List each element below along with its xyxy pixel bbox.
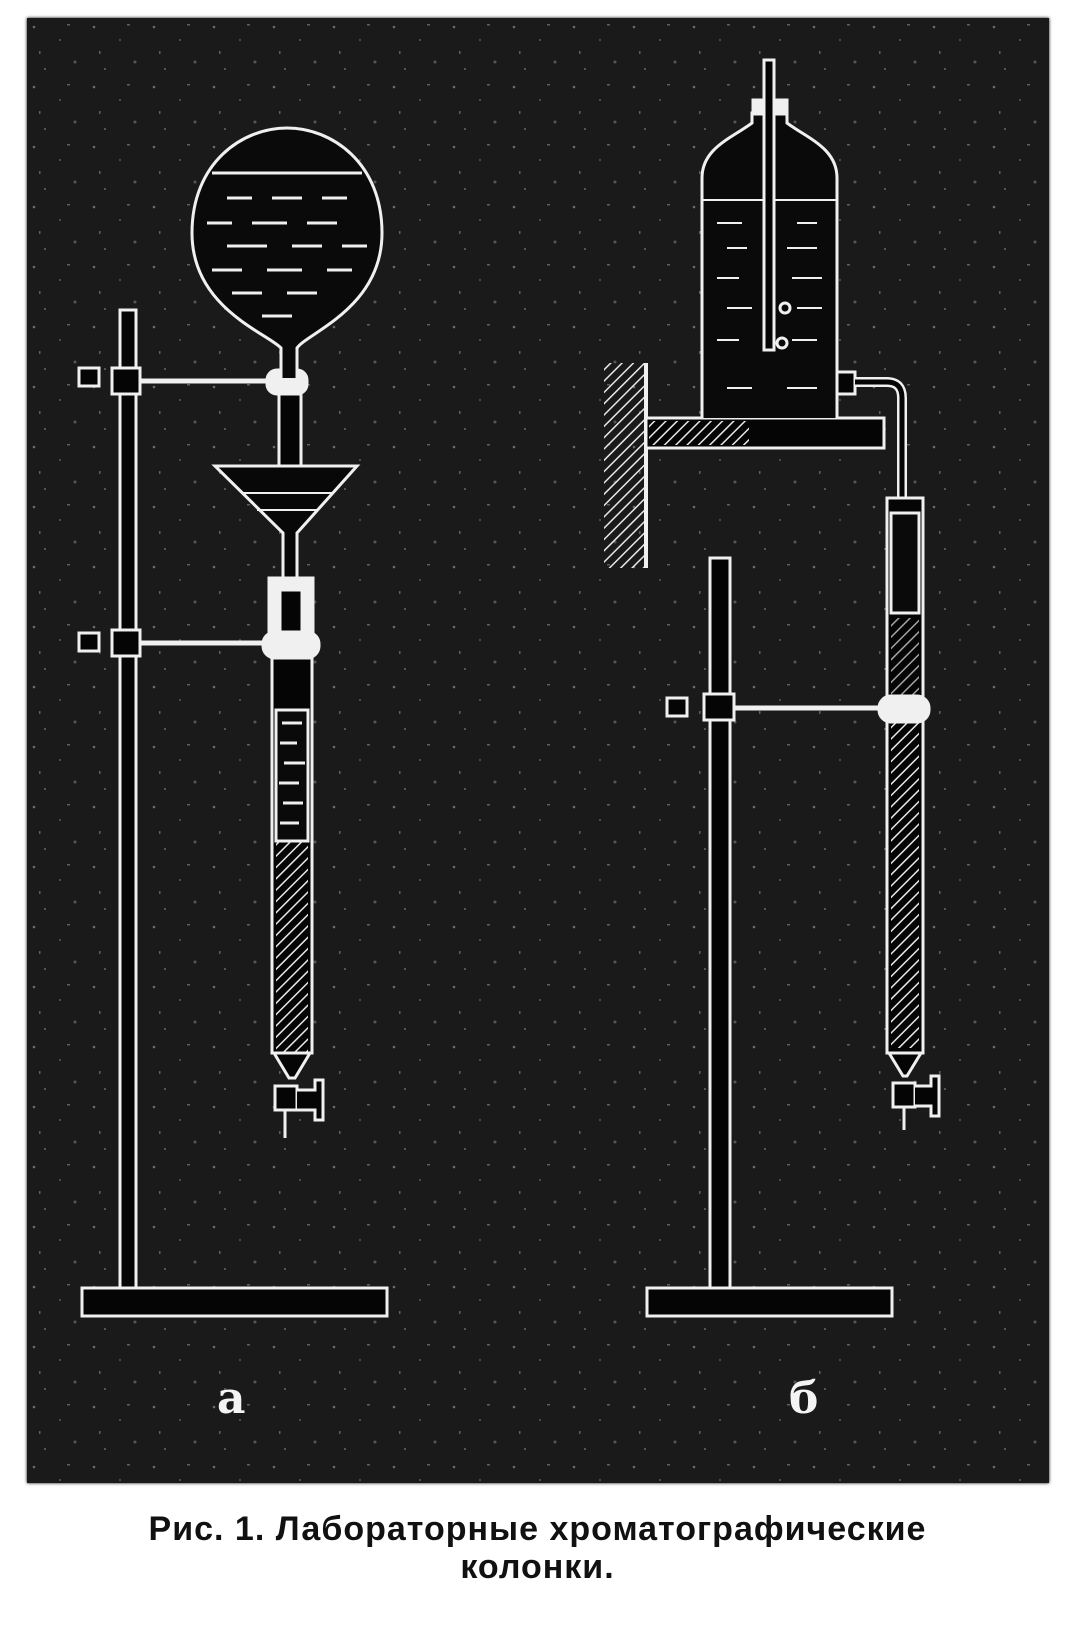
column-clamp-ring-a [263,632,319,658]
air-tube [764,60,774,350]
clamp-boss-b [704,694,734,720]
figure-plate: а б [27,18,1049,1483]
column-b-packing [891,718,919,1048]
apparatus-drawing [27,18,1049,1483]
stand-rod-b [710,558,730,1293]
clamp-boss-a-lower [112,630,140,656]
clamp-screw-a-upper [79,368,99,386]
wall-hatch [604,363,646,568]
stand-base-a [82,1288,387,1316]
flask-neck [279,394,301,466]
figure-caption: Рис. 1. Лабораторные хроматографические … [0,1510,1075,1586]
column-a-liquid [276,710,308,841]
stopcock-b [893,1083,915,1107]
caption-line-1: Рис. 1. Лабораторные хроматографические [149,1510,927,1548]
stopcock-a [275,1086,297,1110]
panel-label-b: б [789,1373,818,1424]
clamp-boss-a-upper [112,368,140,394]
stand-rod-a [120,310,136,1300]
column-a-packing [276,841,308,1053]
stand-base-b [647,1288,892,1316]
clamp-screw-a-lower [79,633,99,651]
clamp-screw-b [667,698,687,716]
caption-line-2: колонки. [0,1548,1075,1586]
column-clamp-ring-b [879,696,929,722]
bottle-outlet [837,372,855,394]
panel-label-a: а [217,1373,246,1424]
